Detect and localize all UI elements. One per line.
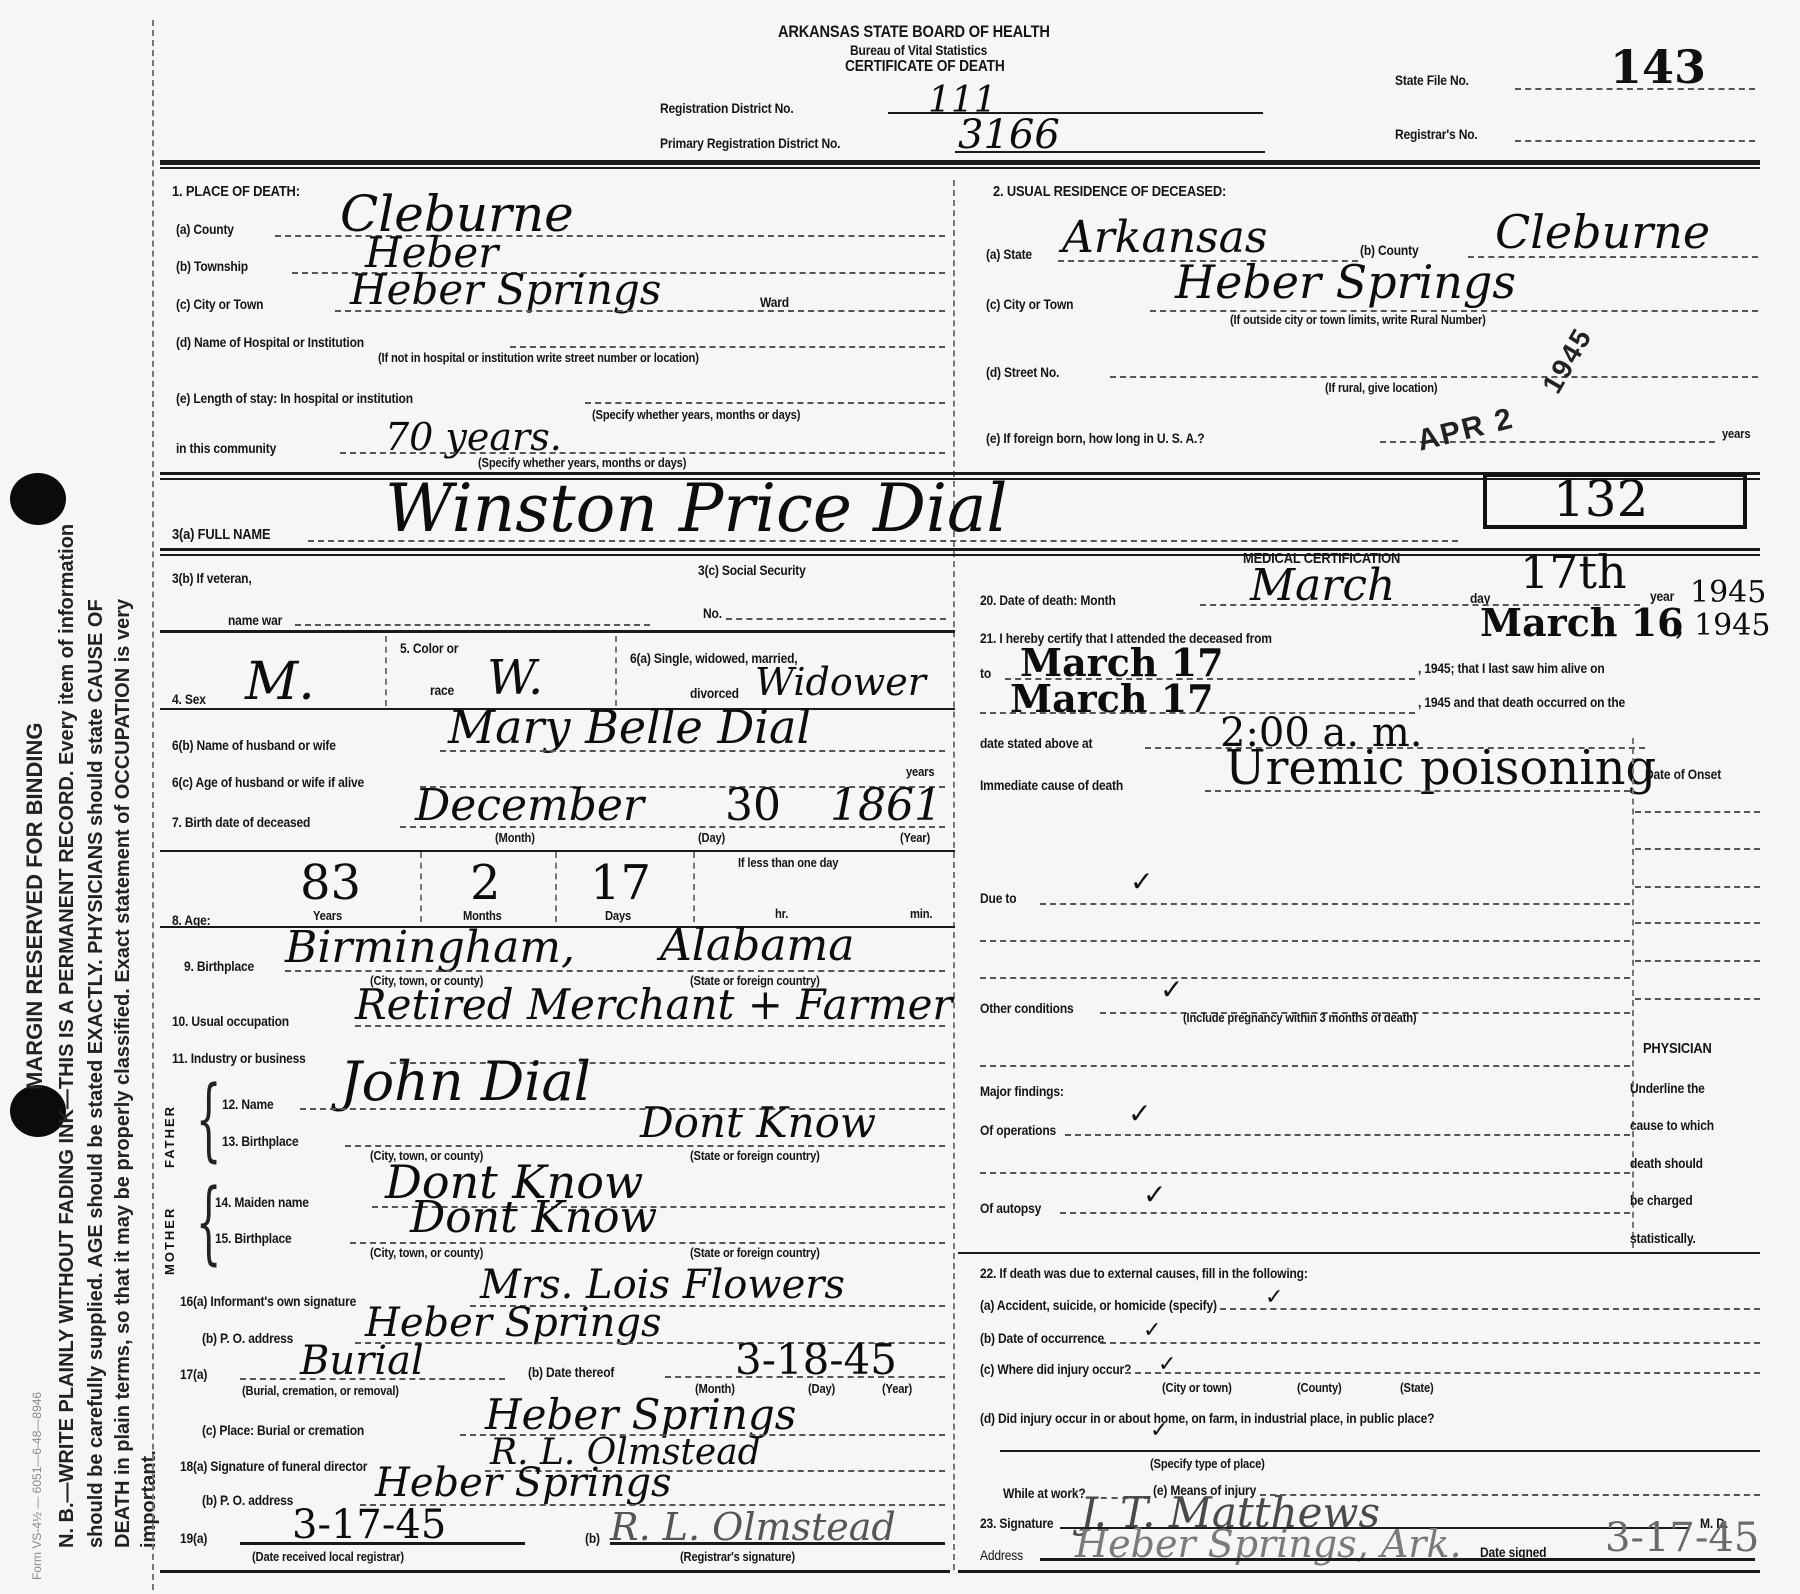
injury-city-hint: (City or town) xyxy=(1162,1380,1232,1395)
other-conditions-label: Other conditions xyxy=(980,1000,1074,1016)
rule xyxy=(958,1252,1760,1254)
while-at-work-label: While at work? xyxy=(1003,1485,1086,1501)
age-years-hint: Years xyxy=(313,908,342,923)
age-days-hint: Days xyxy=(605,908,631,923)
disposition-day-hint: (Day) xyxy=(808,1381,835,1396)
field-divider xyxy=(615,636,617,706)
hospital-hint: (If not in hospital or institution write… xyxy=(378,350,699,365)
burial-place-label: (c) Place: Burial or cremation xyxy=(202,1422,364,1438)
dotted-line xyxy=(1110,376,1758,378)
disposition-hint: (Burial, cremation, or removal) xyxy=(242,1383,399,1398)
birth-month-hint: (Month) xyxy=(495,830,535,845)
registrar-signature-hint: (Registrar's signature) xyxy=(680,1549,795,1564)
dotted-line xyxy=(1040,903,1630,905)
rule xyxy=(240,1542,525,1545)
dotted-line xyxy=(1635,848,1760,850)
residence-city-value: Heber Springs xyxy=(1175,255,1516,309)
spouse-label: 6(b) Name of husband or wife xyxy=(172,737,336,753)
community-label: in this community xyxy=(176,440,276,456)
attended-from-year: , 1945 xyxy=(1675,608,1770,643)
dotted-line xyxy=(980,940,1630,942)
rule xyxy=(888,112,1263,114)
disposition-year-hint: (Year) xyxy=(882,1381,912,1396)
age-less-than-day: If less than one day xyxy=(738,855,838,870)
full-name-value: Winston Price Dial xyxy=(385,470,1007,547)
injury-location-label: (c) Where did injury occur? xyxy=(980,1361,1131,1377)
registrar-signature-label: (b) xyxy=(585,1530,600,1546)
margin-reserved-text: MARGIN RESERVED FOR BINDING xyxy=(22,722,48,1090)
received-year-stamp: 1945 xyxy=(1536,322,1599,399)
rule xyxy=(160,630,955,633)
last-seen-year: , 1945 and that death occurred on the xyxy=(1418,694,1625,710)
other-conditions-hint: (Include pregnancy within 3 months of de… xyxy=(1183,1010,1416,1025)
dotted-line xyxy=(308,540,1458,542)
father-name-label: 12. Name xyxy=(222,1096,274,1112)
place-of-death-heading: 1. PLACE OF DEATH: xyxy=(172,183,300,200)
autopsy-label: Of autopsy xyxy=(980,1200,1041,1216)
dotted-line xyxy=(1635,886,1760,888)
physician-note-line: statistically. xyxy=(1630,1230,1696,1246)
length-of-stay-hint: (Specify whether years, months or days) xyxy=(592,407,800,422)
death-city-value: Heber Springs xyxy=(350,265,661,314)
date-signed-value: 3-17-45 xyxy=(1605,1515,1759,1561)
birth-month-value: December xyxy=(415,780,644,831)
birth-year-value: 1861 xyxy=(830,780,942,831)
field-divider xyxy=(555,852,557,922)
operations-label: Of operations xyxy=(980,1122,1056,1138)
immediate-cause-label: Immediate cause of death xyxy=(980,777,1123,793)
ward-label: Ward xyxy=(760,294,789,310)
injury-place-type-label: (d) Did injury occur in or about home, o… xyxy=(980,1410,1434,1426)
father-name-value: John Dial xyxy=(340,1050,591,1113)
dotted-line xyxy=(285,970,945,972)
sex-label: 4. Sex xyxy=(172,691,206,707)
street-label: (d) Street No. xyxy=(986,364,1059,380)
margin-instruction-line: N. B.—WRITE PLAINLY WITHOUT FADING INK—T… xyxy=(56,524,79,1548)
residence-state-label: (a) State xyxy=(986,246,1032,262)
document-title: CERTIFICATE OF DEATH xyxy=(845,58,1005,76)
check-mark-icon: ✓ xyxy=(1143,1178,1166,1211)
street-hint: (If rural, give location) xyxy=(1325,380,1437,395)
dotted-line xyxy=(400,826,945,828)
age-days-value: 17 xyxy=(590,855,651,911)
injury-county-hint: (County) xyxy=(1297,1380,1342,1395)
rule xyxy=(955,151,1265,153)
mother-state-hint: (State or foreign country) xyxy=(690,1245,820,1260)
mother-maiden-label: 14. Maiden name xyxy=(215,1194,309,1210)
occupation-value: Retired Merchant + Farmer xyxy=(355,980,953,1029)
marital-label-line2: divorced xyxy=(690,685,739,701)
form-code: Form VS-4½ — 6051—6-48—8946 xyxy=(30,1392,44,1580)
physician-note-line: Underline the xyxy=(1630,1080,1705,1096)
dotted-line xyxy=(1515,88,1755,90)
mother-birthplace-label: 15. Birthplace xyxy=(215,1230,292,1246)
father-birthplace-label: 13. Birthplace xyxy=(222,1133,299,1149)
disposition-label: 17(a) xyxy=(180,1366,207,1382)
birthplace-label: 9. Birthplace xyxy=(184,958,254,974)
check-mark-icon: ✓ xyxy=(1130,865,1153,898)
state-file-label: State File No. xyxy=(1395,72,1469,88)
margin-instruction-line: important. xyxy=(138,1450,161,1548)
race-label-line1: 5. Color or xyxy=(400,640,458,656)
funeral-address-label: (b) P. O. address xyxy=(202,1492,293,1508)
birth-day-hint: (Day) xyxy=(698,830,725,845)
mother-brace: { xyxy=(196,1178,222,1268)
occupation-label: 10. Usual occupation xyxy=(172,1013,289,1029)
hospital-label: (d) Name of Hospital or Institution xyxy=(176,334,364,350)
age-years-value: 83 xyxy=(300,855,361,911)
place-type-hint: (Specify type of place) xyxy=(1150,1456,1265,1471)
state-file-value: 143 xyxy=(1610,40,1706,94)
rule xyxy=(958,1570,1760,1573)
residence-county-value: Cleburne xyxy=(1495,205,1710,259)
rule xyxy=(1040,1558,1755,1561)
father-state-hint: (State or foreign country) xyxy=(690,1148,820,1163)
spouse-age-unit: years xyxy=(906,764,934,779)
informant-signature-label: 16(a) Informant's own signature xyxy=(180,1293,356,1309)
attended-to-year: , 1945; that I last saw him alive on xyxy=(1418,660,1605,676)
dotted-line xyxy=(510,346,945,348)
physician-note-line: cause to which xyxy=(1630,1117,1714,1133)
dotted-line xyxy=(295,624,650,626)
check-mark-icon: ✓ xyxy=(1143,1318,1161,1343)
foreign-born-label: (e) If foreign born, how long in U. S. A… xyxy=(986,430,1204,446)
county-label: (a) County xyxy=(176,221,234,237)
age-months-value: 2 xyxy=(470,855,501,911)
time-of-death-label: date stated above at xyxy=(980,735,1092,751)
father-brace: { xyxy=(196,1075,222,1165)
dotted-line xyxy=(980,1172,1630,1174)
length-of-stay-label: (e) Length of stay: In hospital or insti… xyxy=(176,390,413,406)
check-mark-icon: ✓ xyxy=(1150,1418,1168,1443)
dotted-line xyxy=(1635,960,1760,962)
age-hours-hint: hr. xyxy=(775,906,788,921)
city-label: (c) City or Town xyxy=(176,296,263,312)
dotted-line xyxy=(980,977,1630,979)
death-year-value: 1945 xyxy=(1690,575,1766,610)
punch-hole xyxy=(10,473,66,525)
dotted-line xyxy=(340,452,945,454)
header-divider xyxy=(160,160,1760,165)
father-birthplace-value: Dont Know xyxy=(640,1098,876,1147)
dotted-line xyxy=(1635,811,1760,813)
sex-value: M. xyxy=(245,652,315,712)
foreign-born-unit: years xyxy=(1722,426,1750,441)
dotted-line xyxy=(980,1065,1630,1067)
accident-label: (a) Accident, suicide, or homicide (spec… xyxy=(980,1297,1217,1313)
registrar-number-label: Registrar's No. xyxy=(1395,126,1478,142)
informant-address-label: (b) P. O. address xyxy=(202,1330,293,1346)
industry-label: 11. Industry or business xyxy=(172,1050,306,1066)
column-divider xyxy=(953,180,955,1570)
dotted-line xyxy=(1635,922,1760,924)
race-label-line2: race xyxy=(430,682,454,698)
last-seen-value: March 17 xyxy=(1010,676,1214,721)
dotted-line xyxy=(440,750,945,752)
birth-date-label: 7. Birth date of deceased xyxy=(172,814,310,830)
township-label: (b) Township xyxy=(176,258,248,274)
dotted-line xyxy=(335,310,945,312)
primary-district-label: Primary Registration District No. xyxy=(660,135,840,151)
dotted-line xyxy=(350,1242,945,1244)
check-mark-icon: ✓ xyxy=(1265,1285,1283,1310)
residence-city-label: (c) City or Town xyxy=(986,296,1073,312)
birth-year-hint: (Year) xyxy=(900,830,930,845)
major-findings-label: Major findings: xyxy=(980,1083,1064,1099)
marital-value: Widower xyxy=(755,660,926,704)
registrar-date-hint: (Date received local registrar) xyxy=(252,1549,404,1564)
death-date-label: 20. Date of death: Month xyxy=(980,592,1116,608)
dotted-line xyxy=(585,402,945,404)
residence-heading: 2. USUAL RESIDENCE OF DECEASED: xyxy=(993,183,1226,200)
bureau-title: Bureau of Vital Statistics xyxy=(850,42,987,58)
dotted-line xyxy=(1220,1308,1760,1310)
margin-instruction-line: DEATH in plain terms, so that it may be … xyxy=(112,599,135,1548)
rule xyxy=(1000,1450,1760,1452)
spouse-age-label: 6(c) Age of husband or wife if alive xyxy=(172,774,364,790)
dotted-line xyxy=(1635,998,1760,1000)
onset-column-divider xyxy=(1632,738,1634,1248)
birthplace-state-value: Alabama xyxy=(660,920,854,971)
signature-label: 23. Signature xyxy=(980,1515,1053,1531)
community-hint: (Specify whether years, months or days) xyxy=(478,455,686,470)
dotted-line xyxy=(665,1376,945,1378)
field-divider xyxy=(385,636,387,706)
veteran-label: 3(b) If veteran, xyxy=(172,570,252,586)
race-value: W. xyxy=(487,650,543,706)
date-of-onset-label: Date of Onset xyxy=(1645,766,1721,782)
form-left-edge xyxy=(152,20,154,1590)
rule xyxy=(610,1542,945,1545)
margin-instruction-line: should be carefully supplied. AGE should… xyxy=(85,599,108,1548)
attended-from-value: March 16 xyxy=(1480,600,1684,645)
received-date-stamp: APR 2 xyxy=(1414,402,1518,459)
mother-city-hint: (City, town, or county) xyxy=(370,1245,483,1260)
mother-birthplace-value: Dont Know xyxy=(410,1192,657,1243)
full-name-label: 3(a) FULL NAME xyxy=(172,526,270,543)
immediate-cause-value: Uremic poisoning xyxy=(1225,740,1656,796)
rule xyxy=(160,1570,950,1573)
mother-tag: MOTHER xyxy=(162,1207,177,1275)
injury-state-hint: (State) xyxy=(1400,1380,1434,1395)
registrar-date-label: 19(a) xyxy=(180,1530,207,1546)
agency-title: ARKANSAS STATE BOARD OF HEALTH xyxy=(778,22,1050,42)
dotted-line xyxy=(1125,1372,1760,1374)
ssn-label: 3(c) Social Security xyxy=(698,562,806,578)
funeral-address-value: Heber Springs xyxy=(375,1460,671,1506)
dotted-line xyxy=(345,1145,945,1147)
attended-to-label: to xyxy=(980,665,991,681)
certificate-number-value: 132 xyxy=(1553,470,1648,528)
death-day-value: 17th xyxy=(1520,545,1627,599)
field-divider xyxy=(693,852,695,922)
residence-city-hint: (If outside city or town limits, write R… xyxy=(1230,312,1486,327)
physician-note-line: death should xyxy=(1630,1155,1703,1171)
dotted-line xyxy=(1100,1342,1760,1344)
disposition-date-label: (b) Date thereof xyxy=(528,1364,614,1380)
address-label: Address xyxy=(980,1547,1023,1563)
dotted-line xyxy=(355,1025,945,1027)
dotted-line xyxy=(1060,1212,1630,1214)
birthplace-city-value: Birmingham, xyxy=(285,922,575,973)
check-mark-icon: ✓ xyxy=(1128,1097,1151,1130)
ssn-no-label: No. xyxy=(703,605,722,621)
registration-district-label: Registration District No. xyxy=(660,100,794,116)
dotted-line xyxy=(1065,1134,1630,1136)
spouse-value: Mary Belle Dial xyxy=(448,700,811,754)
age-months-hint: Months xyxy=(463,908,502,923)
physician-heading: PHYSICIAN xyxy=(1643,1040,1712,1057)
header-divider xyxy=(160,167,1760,169)
funeral-director-label: 18(a) Signature of funeral director xyxy=(180,1458,367,1474)
age-minutes-hint: min. xyxy=(910,906,932,921)
check-mark-icon: ✓ xyxy=(1160,973,1183,1006)
due-to-label: Due to xyxy=(980,890,1016,906)
dotted-line xyxy=(1515,140,1755,142)
occurrence-date-label: (b) Date of occurrence xyxy=(980,1330,1104,1346)
rule xyxy=(160,850,955,852)
war-label: name war xyxy=(228,612,282,628)
birth-day-value: 30 xyxy=(725,780,781,831)
physician-note-line: be charged xyxy=(1630,1192,1693,1208)
dotted-line xyxy=(1205,790,1630,792)
external-causes-heading: 22. If death was due to external causes,… xyxy=(980,1265,1308,1281)
field-divider xyxy=(420,852,422,922)
dotted-line xyxy=(726,618,946,620)
father-tag: FATHER xyxy=(162,1105,177,1168)
dotted-line xyxy=(240,1378,505,1380)
